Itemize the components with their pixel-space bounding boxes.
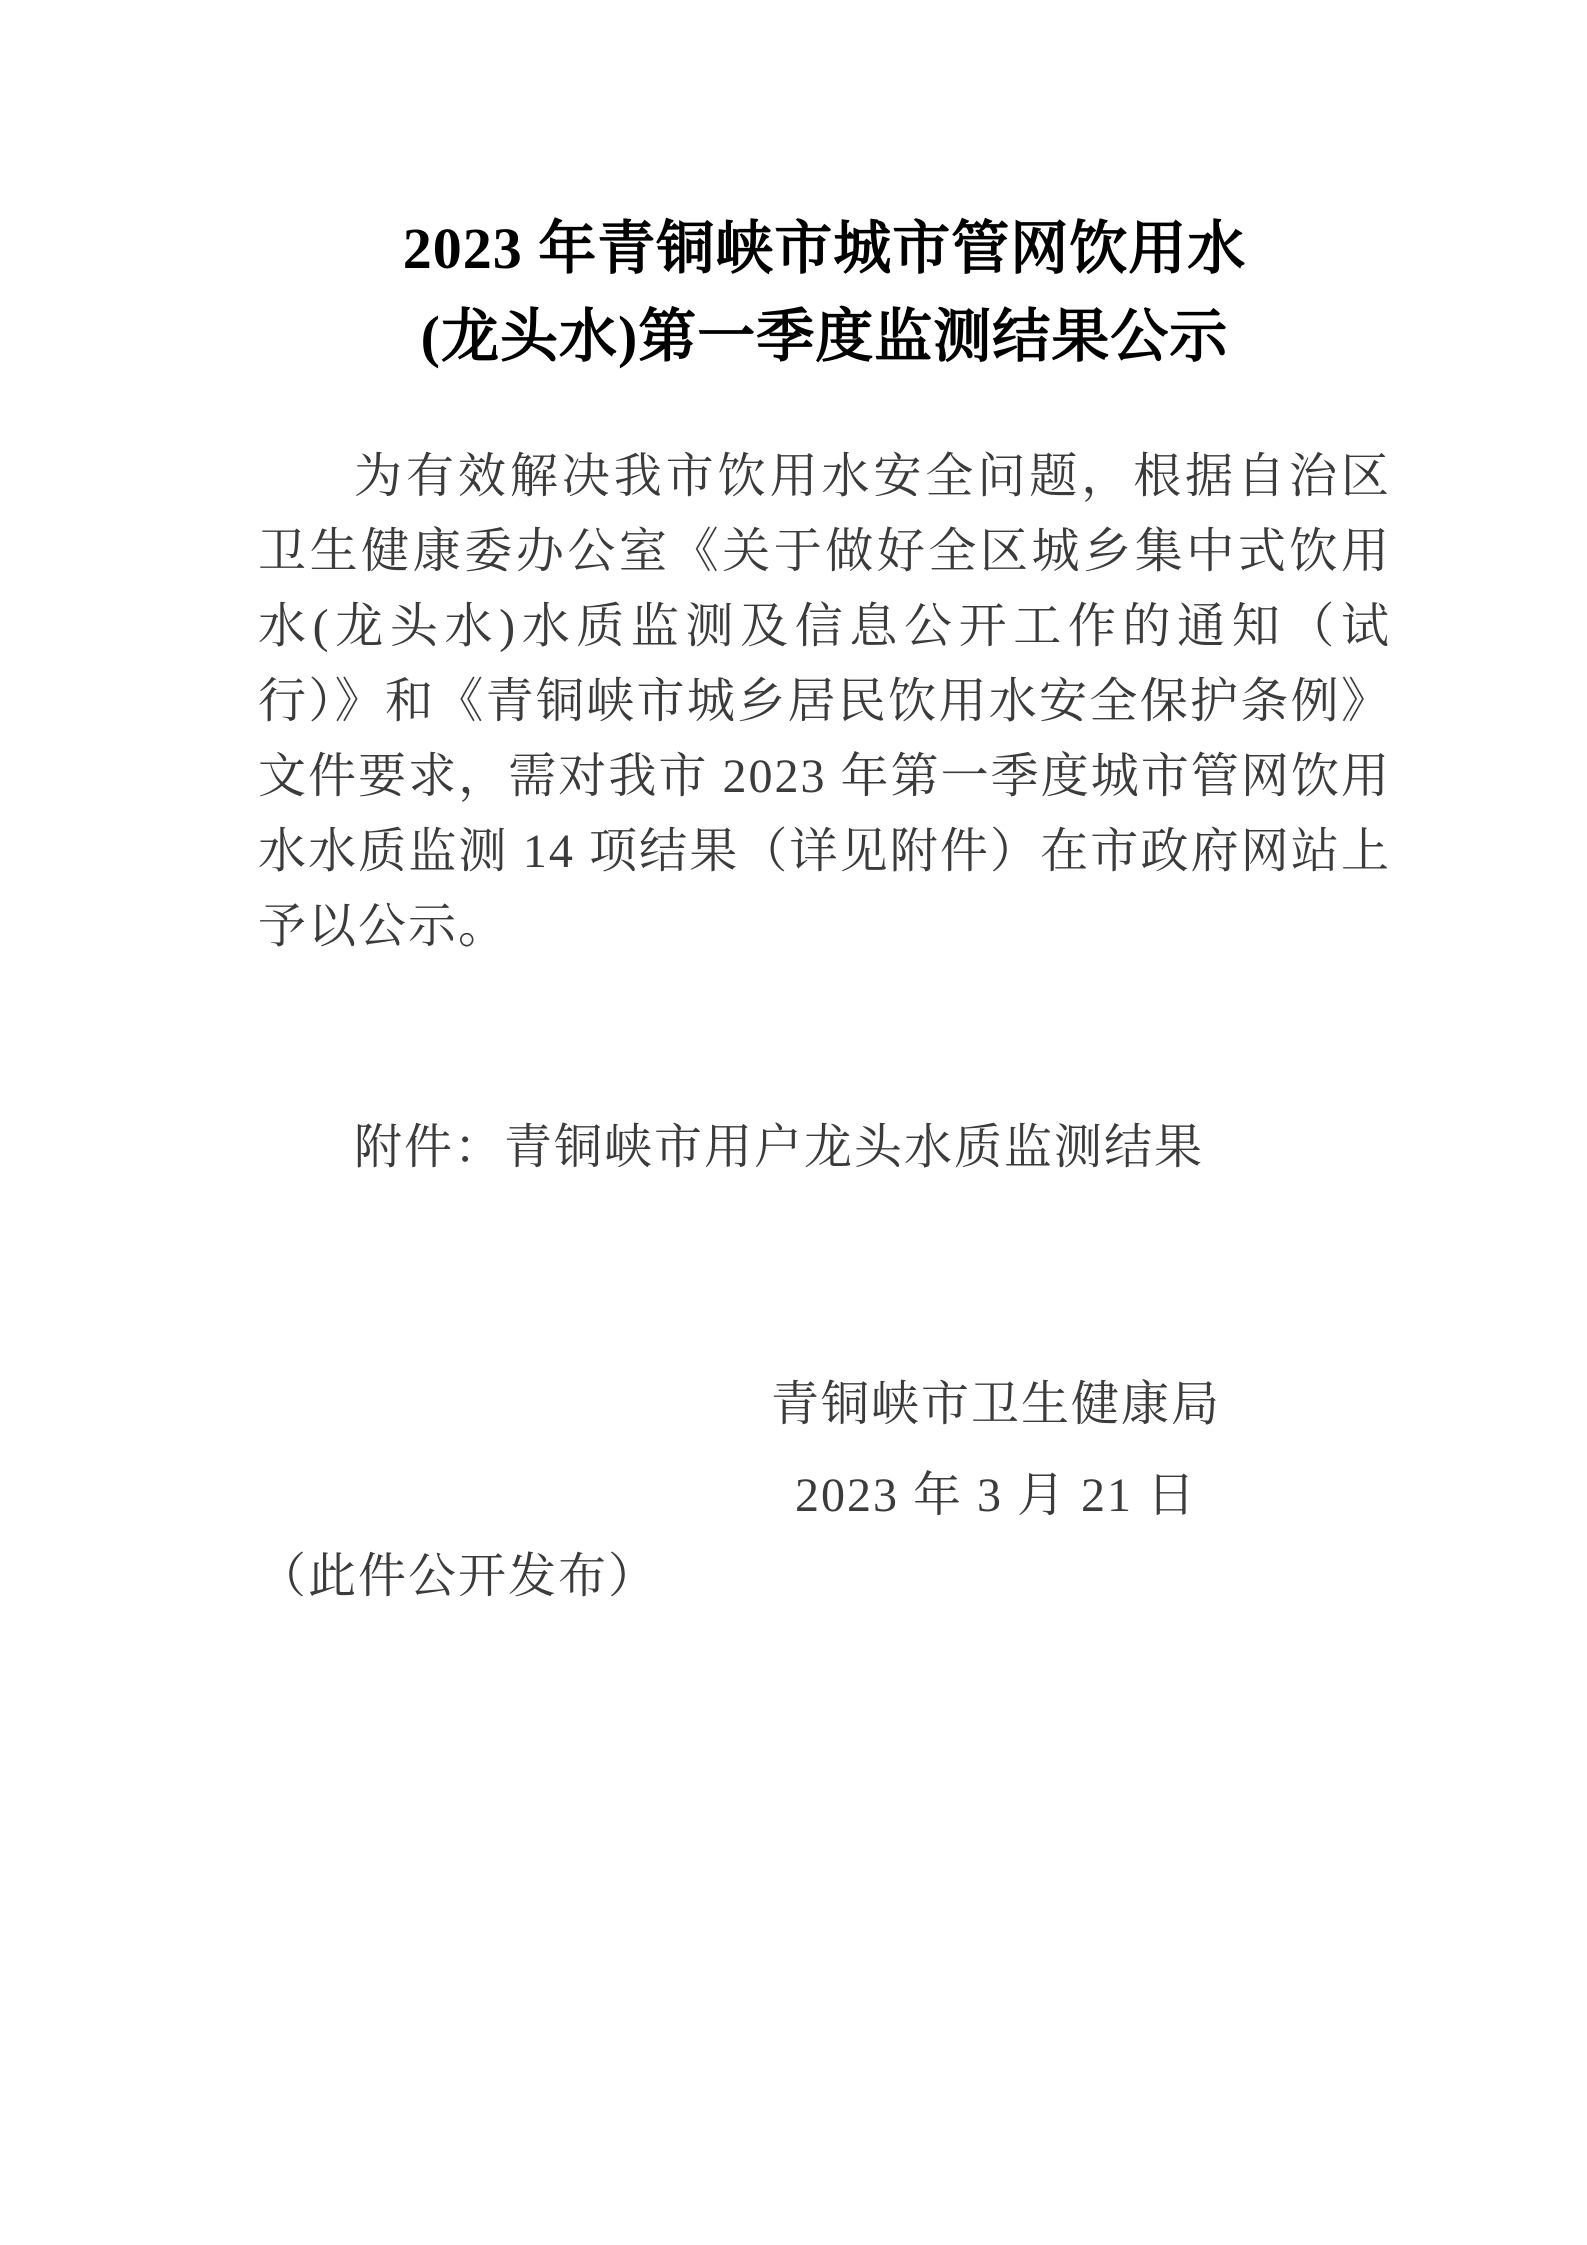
release-note: （此件公开发布） xyxy=(258,1539,1391,1614)
document-title: 2023 年青铜峡市城市管网饮用水 (龙头水)第一季度监测结果公示 xyxy=(258,205,1391,381)
body-paragraph: 为有效解决我市饮用水安全问题，根据自治区卫生健康委办公室《关于做好全区城乡集中式… xyxy=(258,439,1391,964)
signature-block: 青铜峡市卫生健康局 2023 年 3 月 21 日 xyxy=(771,1367,1221,1533)
issuer-name: 青铜峡市卫生健康局 xyxy=(771,1367,1221,1442)
document-title-line-2: (龙头水)第一季度监测结果公示 xyxy=(421,304,1229,369)
document-title-line-1: 2023 年青铜峡市城市管网饮用水 xyxy=(403,216,1247,281)
issue-date: 2023 年 3 月 21 日 xyxy=(795,1458,1197,1533)
document-page: 2023 年青铜峡市城市管网饮用水 (龙头水)第一季度监测结果公示 为有效解决我… xyxy=(0,0,1587,2245)
attachment-line: 附件：青铜峡市用户龙头水质监测结果 xyxy=(258,1110,1391,1185)
